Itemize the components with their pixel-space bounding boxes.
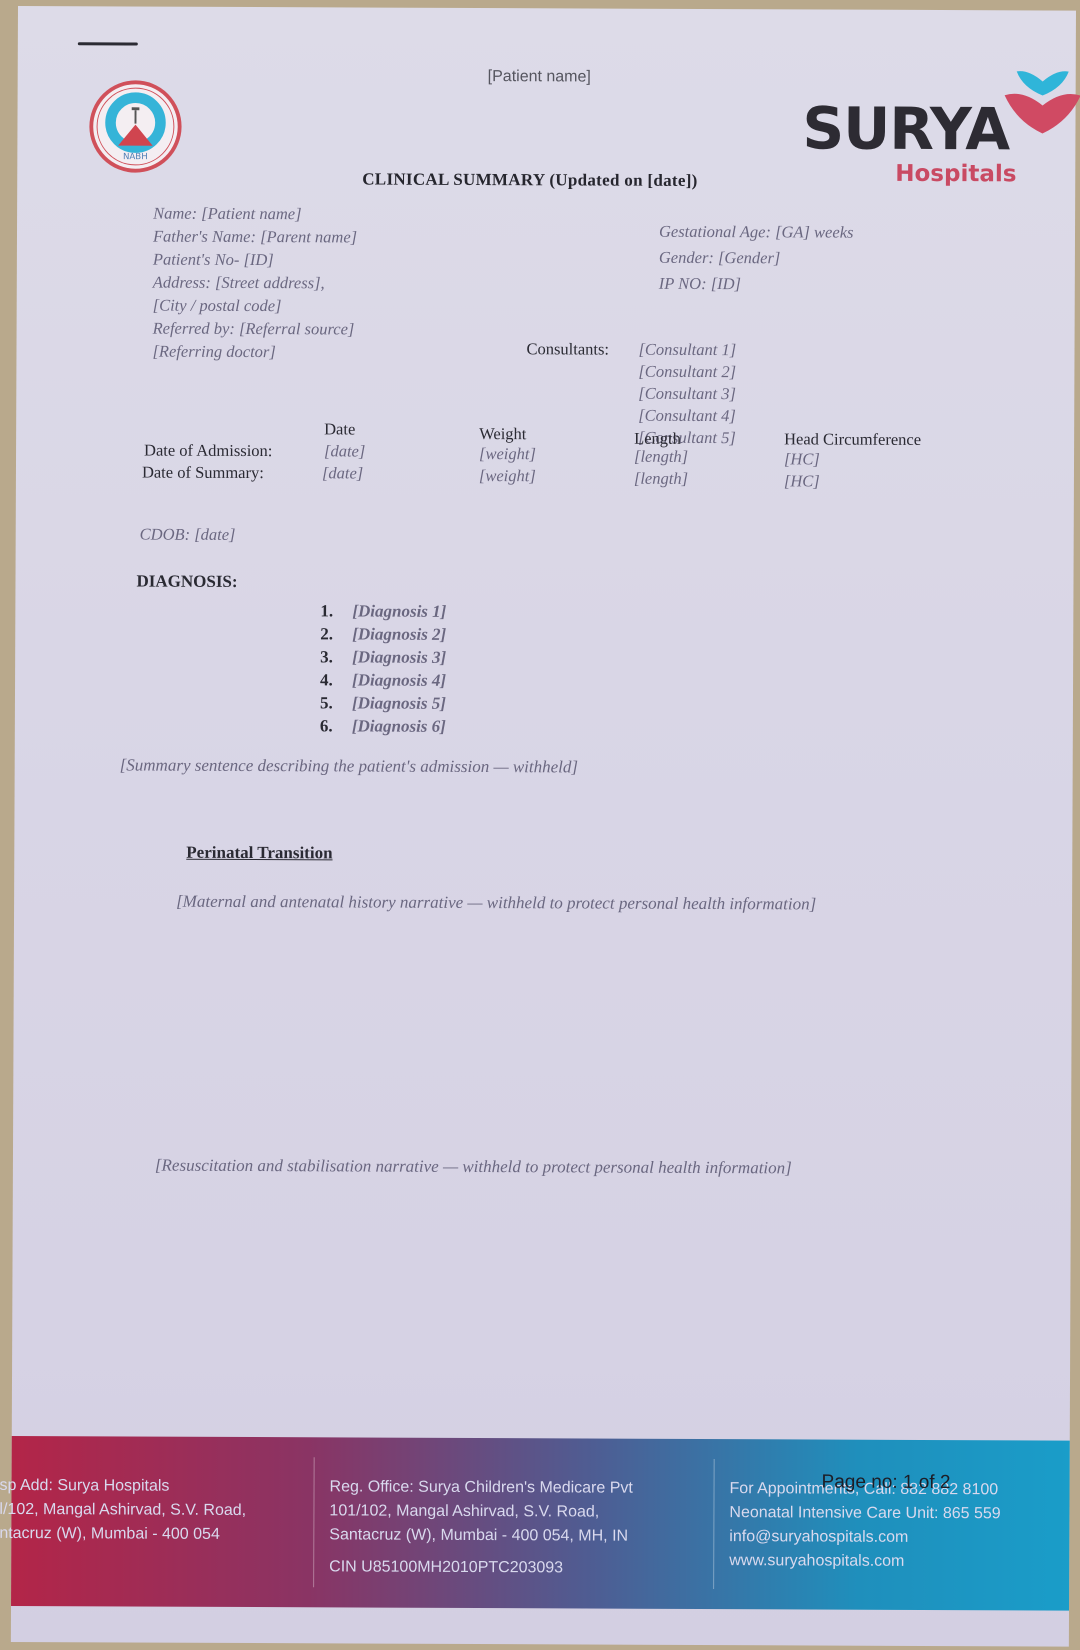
hospital-logo: SURYA Hospitals (797, 64, 1078, 195)
diagnosis-heading: DIAGNOSIS: (136, 572, 237, 592)
diagnosis-item: 6.[Diagnosis 6] (320, 714, 446, 738)
summary-weight: [weight] (479, 466, 536, 486)
logo-subtitle: Hospitals (895, 161, 1016, 188)
patient-name: Name: [Patient name] (153, 202, 357, 226)
perinatal-heading: Perinatal Transition (186, 843, 332, 864)
logo-heart-icon (1002, 65, 1080, 135)
referred-by: Referred by: [Referral source] (153, 317, 357, 341)
col-header-head-circumference: Head Circumference (784, 429, 921, 450)
admission-summary-text: [Summary sentence describing the patient… (120, 754, 1040, 780)
document-page: NABH [Patient name] SURYA Hospitals CLIN… (11, 6, 1076, 1647)
address-line-1: Address: [Street address], (153, 271, 357, 295)
consultants-label: Consultants: (526, 338, 609, 360)
patient-number: Patient's No- [ID] (153, 248, 357, 272)
summary-length: [length] (634, 469, 688, 489)
perinatal-paragraph-2: [Resuscitation and stabilisation narrati… (155, 1153, 1015, 1183)
consultant-name: [Consultant 2] (638, 361, 736, 383)
father-name: Father's Name: [Parent name] (153, 225, 357, 249)
summary-date: [date] (322, 463, 363, 483)
admission-date: [date] (324, 441, 365, 461)
staple-mark (78, 42, 138, 45)
diagnosis-item: 2.[Diagnosis 2] (320, 622, 446, 646)
nabh-seal-icon: NABH (87, 78, 183, 174)
document-title: CLINICAL SUMMARY (Updated on [date]) (362, 170, 698, 191)
diagnosis-item: 4.[Diagnosis 4] (320, 668, 446, 692)
footer-hospital-address: sp Add: Surya Hospitals l/102, Mangal As… (0, 1474, 246, 1547)
cdob: CDOB: [date] (140, 525, 236, 545)
summary-hc: [HC] (784, 471, 820, 491)
admission-length: [length] (634, 447, 688, 467)
logo-wordmark: SURYA (802, 94, 1009, 163)
footer-divider (713, 1459, 715, 1589)
svg-text:NABH: NABH (123, 152, 148, 162)
footer-registered-office: Reg. Office: Surya Children's Medicare P… (329, 1475, 633, 1580)
col-header-date: Date (324, 419, 355, 439)
email-link[interactable]: info@suryahospitals.com (729, 1525, 1000, 1550)
diagnosis-item: 1.[Diagnosis 1] (320, 599, 446, 623)
diagnosis-item: 3.[Diagnosis 3] (320, 645, 446, 669)
diagnosis-list: 1.[Diagnosis 1] 2.[Diagnosis 2] 3.[Diagn… (320, 599, 447, 738)
consultant-name: [Consultant 4] (638, 405, 736, 427)
diagnosis-item: 5.[Diagnosis 5] (320, 691, 446, 715)
col-header-weight: Weight (479, 424, 526, 444)
address-line-2: [City / postal code] (153, 294, 357, 318)
row-label-admission: Date of Admission: (144, 441, 272, 462)
admission-weight: [weight] (479, 444, 536, 464)
page-number: Page no: 1 of 2 (822, 1472, 951, 1495)
patient-details: Name: [Patient name] Father's Name: [Par… (152, 202, 357, 364)
consultant-name: [Consultant 3] (638, 383, 736, 405)
gestational-age: Gestational Age: [GA] weeks (659, 219, 854, 246)
referring-doctor: [Referring doctor] (152, 340, 356, 364)
consultant-name: [Consultant 1] (638, 339, 736, 361)
row-label-summary: Date of Summary: (142, 463, 264, 484)
running-header-patient: [Patient name] (488, 68, 591, 86)
ip-number: IP NO: [ID] (659, 271, 854, 298)
gender: Gender: [Gender] (659, 245, 854, 272)
patient-summary-right: Gestational Age: [GA] weeks Gender: [Gen… (659, 219, 854, 298)
admission-hc: [HC] (784, 449, 820, 469)
perinatal-paragraph-1: [Maternal and antenatal history narrativ… (176, 889, 1006, 919)
nicu-phone: Neonatal Intensive Care Unit: 865 559 (729, 1501, 1000, 1526)
letterhead-footer: sp Add: Surya Hospitals l/102, Mangal As… (11, 1436, 1070, 1611)
website-link[interactable]: www.suryahospitals.com (729, 1549, 1000, 1574)
footer-divider (313, 1457, 315, 1587)
